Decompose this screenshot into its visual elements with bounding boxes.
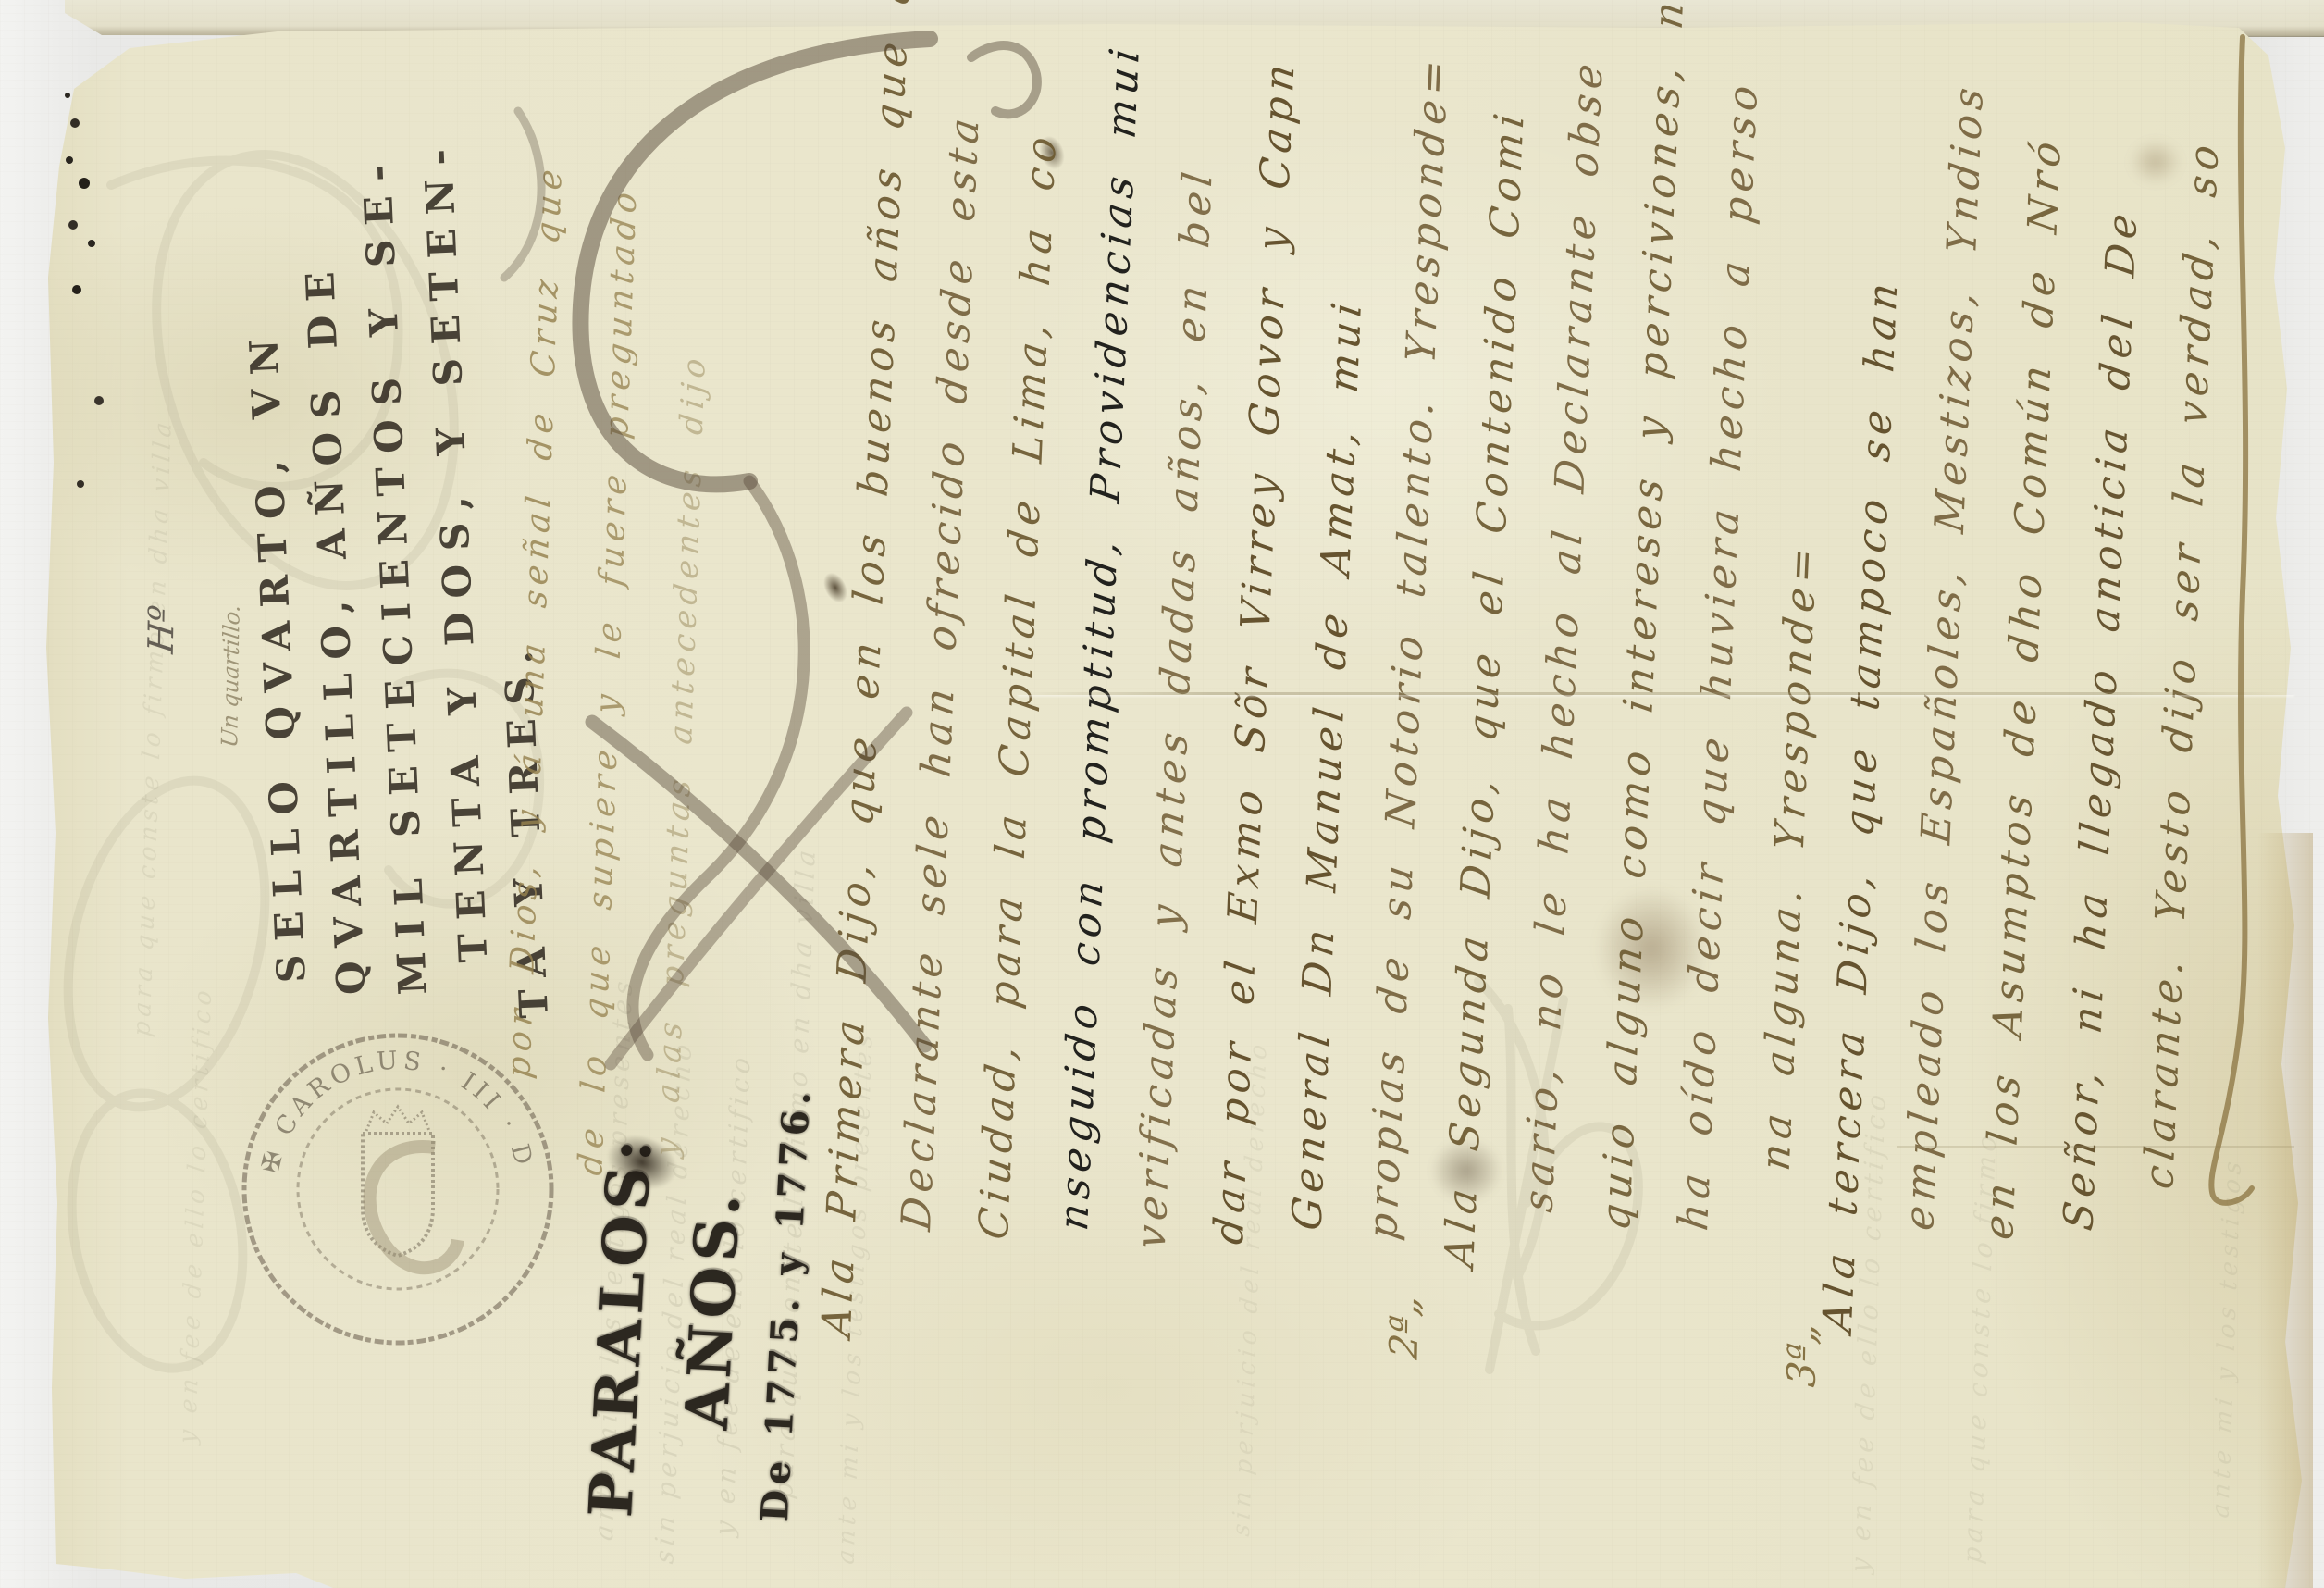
habilitation-stamp: PARALOS:AÑOS.De 1775. y 1776. [0, 0, 2324, 1588]
stamp-line: PARALOS: [570, 1081, 675, 1520]
stamp-line: AÑOS. [665, 1123, 764, 1432]
manuscript-scan: ✠ CAROLUS · III · D · G · HISPANIARUM · … [0, 0, 2324, 1588]
